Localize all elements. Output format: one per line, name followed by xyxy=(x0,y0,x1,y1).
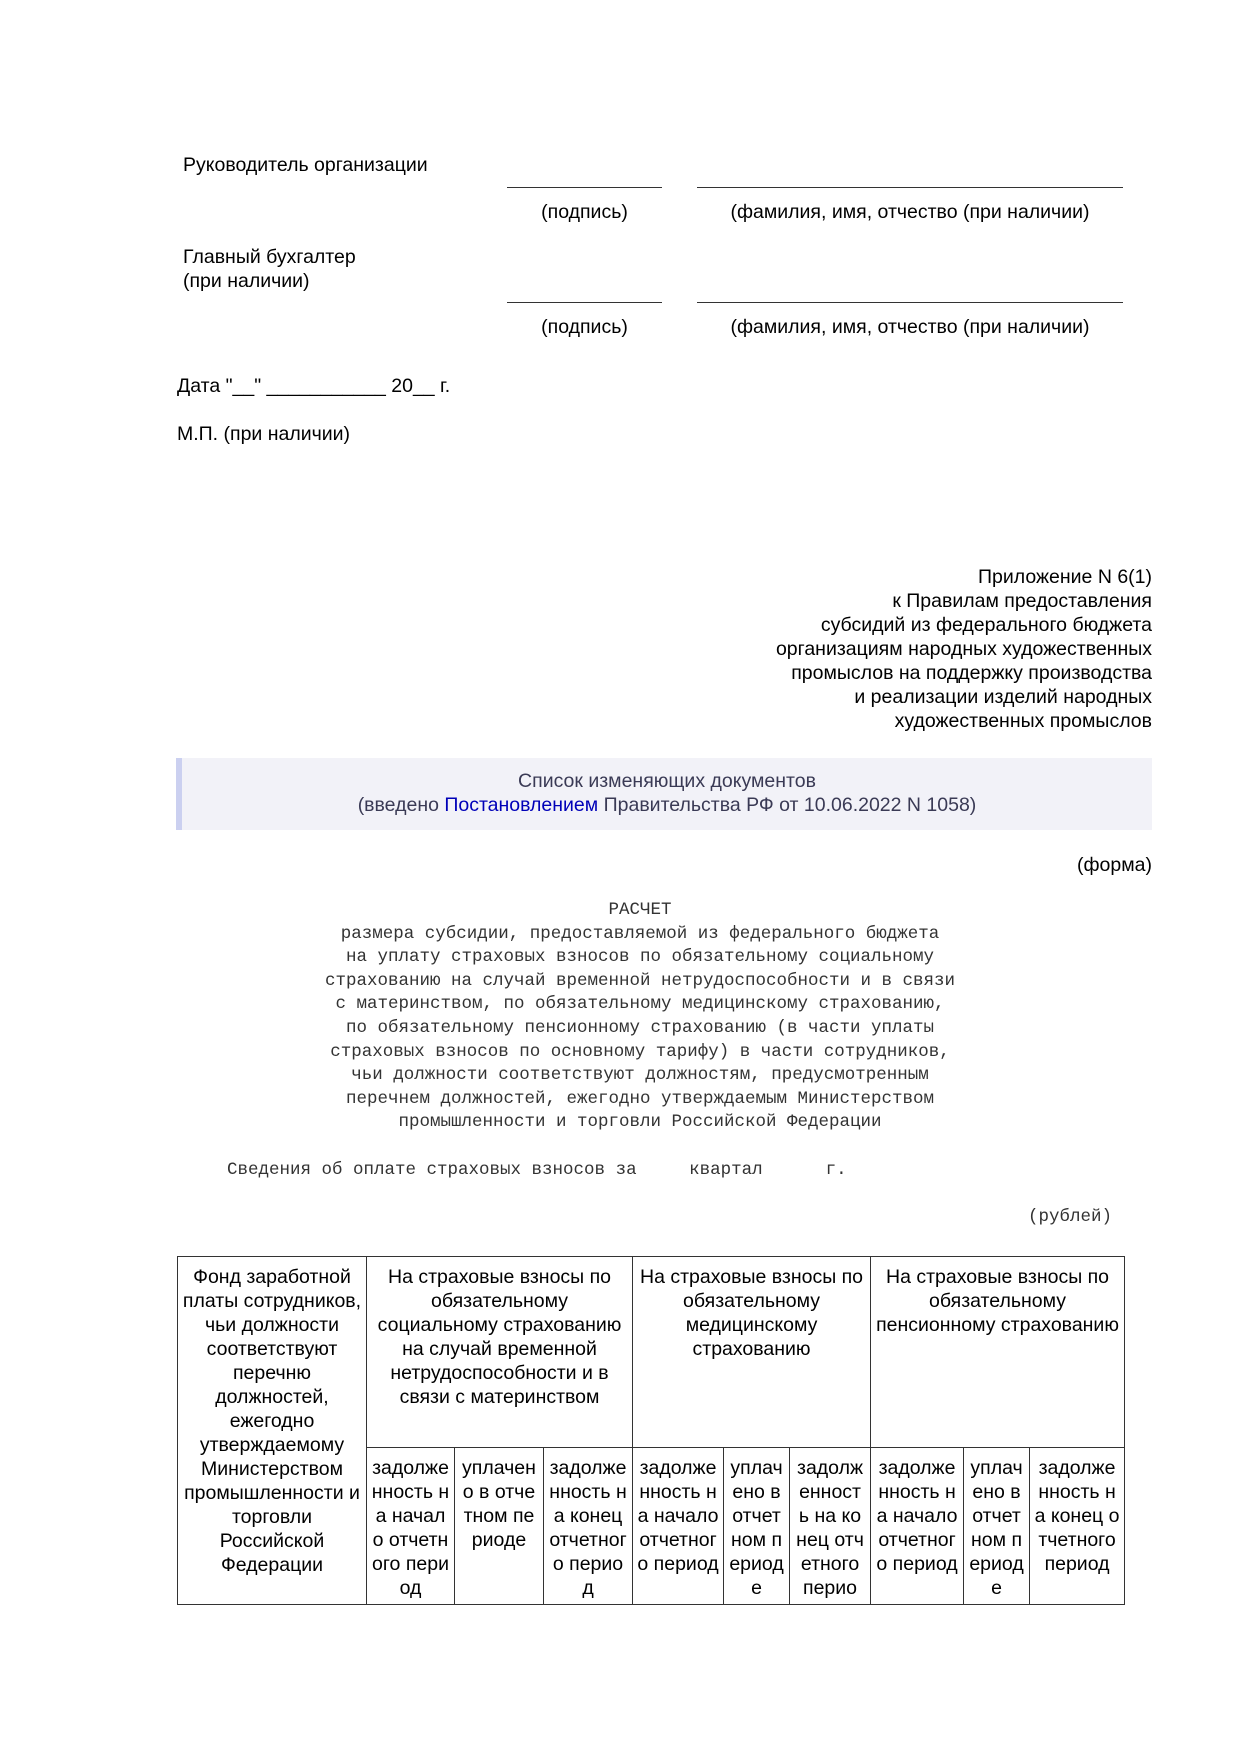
calc-line: по обязательному пенсионному страхованию… xyxy=(176,1017,1104,1041)
social-paid-header: уплачено в отчетном периоде xyxy=(455,1448,544,1605)
appendix-line: Приложение N 6(1) xyxy=(600,565,1152,589)
director-label: Руководитель организации xyxy=(183,153,428,177)
pension-debt-end-header: задолженность на конец отчетного период xyxy=(1030,1448,1125,1605)
pension-debt-start-header: задолженность на начало отчетного период xyxy=(871,1448,964,1605)
calc-line: страхованию на случай временной нетрудос… xyxy=(176,970,1104,994)
appendix-header: Приложение N 6(1) к Правилам предоставле… xyxy=(600,565,1152,733)
contributions-table: Фонд заработной платы сотрудников, чьи д… xyxy=(177,1256,1125,1605)
calc-line: на уплату страховых взносов по обязатель… xyxy=(176,946,1104,970)
director-name-line[interactable] xyxy=(697,187,1123,188)
changes-box: Список изменяющих документов (введено По… xyxy=(176,758,1152,830)
social-insurance-header: На страховые взносы по обязательному соц… xyxy=(367,1257,633,1448)
stamp-line: М.П. (при наличии) xyxy=(177,422,350,446)
accountant-name-line[interactable] xyxy=(697,302,1123,303)
accountant-signature-line[interactable] xyxy=(507,302,662,303)
calc-line: чьи должности соответствуют должностям, … xyxy=(176,1064,1104,1088)
appendix-line: художественных промыслов xyxy=(600,709,1152,733)
form-label: (форма) xyxy=(952,853,1152,877)
appendix-line: к Правилам предоставления xyxy=(600,589,1152,613)
appendix-line: организациям народных художественных xyxy=(600,637,1152,661)
changes-prefix: (введено xyxy=(358,794,445,816)
medical-debt-start-header: задолженность на начало отчетного период xyxy=(633,1448,724,1605)
calc-title: РАСЧЕТ xyxy=(176,899,1104,923)
resolution-link[interactable]: Постановлением xyxy=(444,794,598,816)
calc-line: с материнством, по обязательному медицин… xyxy=(176,993,1104,1017)
changes-suffix: Правительства РФ от 10.06.2022 N 1058) xyxy=(598,794,976,816)
calc-line: страховых взносов по основному тарифу) в… xyxy=(176,1041,1104,1065)
pension-insurance-header: На страховые взносы по обязательному пен… xyxy=(871,1257,1125,1448)
director-signature-line[interactable] xyxy=(507,187,662,188)
changes-note: (введено Постановлением Правительства РФ… xyxy=(182,793,1152,817)
changes-title: Список изменяющих документов xyxy=(182,758,1152,793)
calc-line: перечнем должностей, ежегодно утверждаем… xyxy=(176,1088,1104,1112)
chief-accountant-label: Главный бухгалтер xyxy=(183,245,356,269)
calc-title-block: РАСЧЕТ размера субсидии, предоставляемой… xyxy=(176,899,1104,1135)
director-signature-caption: (подпись) xyxy=(507,200,662,224)
social-debt-end-header: задолженность на конец отчетного период xyxy=(544,1448,633,1605)
units-label: (рублей) xyxy=(900,1206,1112,1230)
appendix-line: субсидий из федерального бюджета xyxy=(600,613,1152,637)
chief-accountant-note: (при наличии) xyxy=(183,269,310,293)
payroll-fund-header: Фонд заработной платы сотрудников, чьи д… xyxy=(178,1257,367,1605)
pension-paid-header: уплачено в отчетном периоде xyxy=(964,1448,1030,1605)
info-line: Сведения об оплате страховых взносов за … xyxy=(227,1159,847,1183)
calc-line: промышленности и торговли Российской Фед… xyxy=(176,1111,1104,1135)
appendix-line: и реализации изделий народных xyxy=(600,685,1152,709)
medical-insurance-header: На страховые взносы по обязательному мед… xyxy=(633,1257,871,1448)
date-line: Дата "__" ___________ 20__ г. xyxy=(177,374,450,398)
medical-debt-end-header: задолженность на конец отчетного перио xyxy=(790,1448,871,1605)
accountant-signature-caption: (подпись) xyxy=(507,315,662,339)
appendix-line: промыслов на поддержку производства xyxy=(600,661,1152,685)
social-debt-start-header: задолженность на начало отчетного период xyxy=(367,1448,455,1605)
calc-line: размера субсидии, предоставляемой из фед… xyxy=(176,923,1104,947)
medical-paid-header: уплачено в отчетном периоде xyxy=(724,1448,790,1605)
director-name-caption: (фамилия, имя, отчество (при наличии) xyxy=(697,200,1123,224)
accountant-name-caption: (фамилия, имя, отчество (при наличии) xyxy=(697,315,1123,339)
